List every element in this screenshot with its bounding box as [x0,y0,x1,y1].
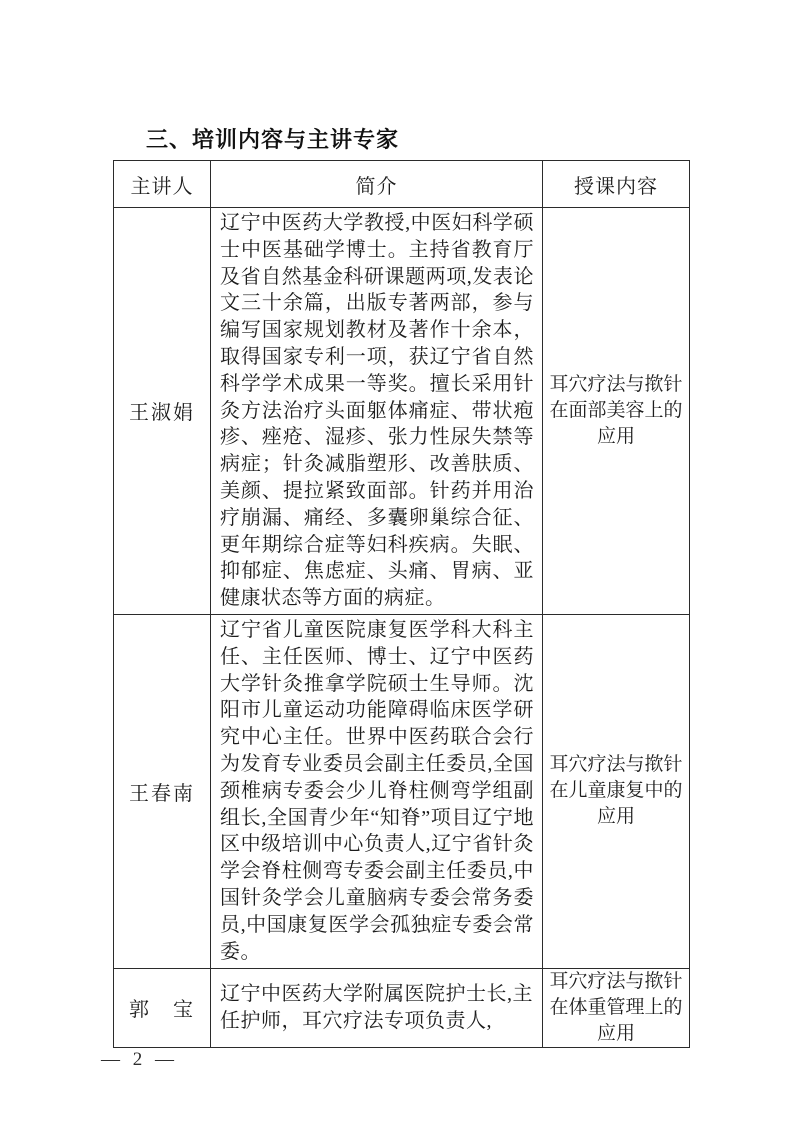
document-page: 三、培训内容与主讲专家 主讲人 简介 授课内容 王淑娟 辽宁中医药大学教授,中医… [0,0,800,1131]
speaker-name: 王春南 [114,614,211,968]
page-number: — 2 — [101,1049,178,1071]
speaker-bio: 辽宁省儿童医院康复医学科大科主任、主任医师、博士、辽宁中医药大学针灸推拿学院硕士… [211,614,543,968]
section-heading: 三、培训内容与主讲专家 [146,123,399,154]
speaker-bio: 辽宁中医药大学教授,中医妇科学硕士中医基础学博士。主持省教育厅及省自然基金科研课… [211,208,543,615]
lecture-topic: 耳穴疗法与揿针在儿童康复中的应用 [543,614,690,968]
speakers-table: 主讲人 简介 授课内容 王淑娟 辽宁中医药大学教授,中医妇科学硕士中医基础学博士… [113,160,690,1048]
table-row: 王淑娟 辽宁中医药大学教授,中医妇科学硕士中医基础学博士。主持省教育厅及省自然基… [114,208,690,615]
column-header-topic: 授课内容 [543,161,690,208]
table-row: 郭 宝 辽宁中医药大学附属医院护士长,主任护师，耳穴疗法专项负责人, 耳穴疗法与… [114,968,690,1047]
column-header-bio: 简介 [211,161,543,208]
table-row: 王春南 辽宁省儿童医院康复医学科大科主任、主任医师、博士、辽宁中医药大学针灸推拿… [114,614,690,968]
column-header-speaker: 主讲人 [114,161,211,208]
speaker-name: 郭 宝 [114,968,211,1047]
speaker-name: 王淑娟 [114,208,211,615]
lecture-topic: 耳穴疗法与揿针在体重管理上的应用 [543,968,690,1047]
table-header-row: 主讲人 简介 授课内容 [114,161,690,208]
lecture-topic: 耳穴疗法与揿针在面部美容上的应用 [543,208,690,615]
speaker-bio: 辽宁中医药大学附属医院护士长,主任护师，耳穴疗法专项负责人, [211,968,543,1047]
